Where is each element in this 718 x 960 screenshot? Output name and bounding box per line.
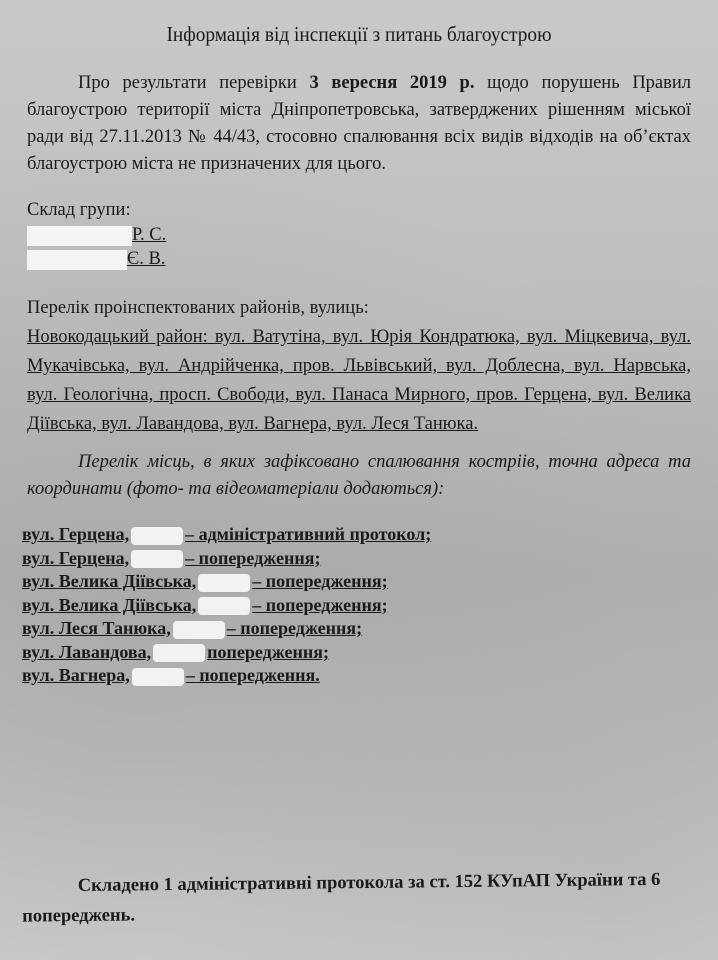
fire-result: – адміністративний протокол; (185, 524, 431, 544)
inspection-date: 3 вересня 2019 р. (310, 73, 475, 93)
fire-result: – попередження. (186, 665, 320, 685)
districts-list: Новокодацький район: вул. Ватутіна, вул.… (27, 323, 691, 439)
fire-street: вул. Лавандова, (22, 642, 151, 662)
fire-result: – попередження; (185, 548, 320, 568)
member-initials: Є. В. (127, 249, 165, 269)
member-initials: Р. С. (132, 225, 166, 245)
fire-item: вул. Велика Діївська,– попередження; (22, 570, 431, 594)
fire-item: вул. Вагнера,– попередження. (22, 664, 431, 688)
group-member: Є. В. (27, 249, 165, 270)
redaction-mark (27, 250, 127, 270)
fire-result: попередження; (207, 642, 329, 662)
fire-street: вул. Велика Діївська, (22, 595, 196, 615)
fire-item: вул. Велика Діївська,– попередження; (22, 594, 431, 618)
fire-street: вул. Герцена, (22, 548, 129, 568)
redaction-mark (198, 597, 250, 615)
districts-label: Перелік проінспектованих районів, вулиць… (27, 298, 369, 319)
fire-result: – попередження; (252, 571, 387, 591)
redaction-mark (132, 668, 184, 686)
fire-street: вул. Вагнера, (22, 665, 130, 685)
intro-before: Про результати перевірки (78, 73, 310, 93)
fire-item: вул. Лавандова,попередження; (22, 641, 431, 665)
fire-street: вул. Леся Танюка, (22, 618, 171, 638)
fire-street: вул. Велика Діївська, (22, 571, 196, 591)
fire-result: – попередження; (227, 618, 362, 638)
fires-intro: Перелік місць, в яких зафіксовано спалюв… (27, 449, 691, 503)
fire-item: вул. Леся Танюка,– попередження; (22, 617, 431, 641)
document-title: Інформація від інспекції з питань благоу… (29, 22, 690, 47)
intro-paragraph: Про результати перевірки 3 вересня 2019 … (27, 70, 691, 178)
redaction-mark (27, 226, 132, 246)
fire-item: вул. Герцена,– адміністративний протокол… (22, 523, 431, 547)
fire-result: – попередження; (252, 595, 387, 615)
document-page: Інформація від інспекції з питань благоу… (0, 0, 718, 960)
redaction-mark (131, 550, 183, 568)
redaction-mark (173, 621, 225, 639)
fire-item: вул. Герцена,– попередження; (22, 547, 431, 571)
group-member: Р. С. (27, 225, 166, 246)
group-label: Склад групи: (27, 200, 131, 221)
fire-street: вул. Герцена, (22, 524, 129, 544)
summary-paragraph: Складено 1 адміністративні протокола за … (22, 864, 713, 931)
redaction-mark (131, 527, 183, 545)
fires-list: вул. Герцена,– адміністративний протокол… (22, 523, 431, 688)
redaction-mark (153, 644, 205, 662)
redaction-mark (198, 574, 250, 592)
